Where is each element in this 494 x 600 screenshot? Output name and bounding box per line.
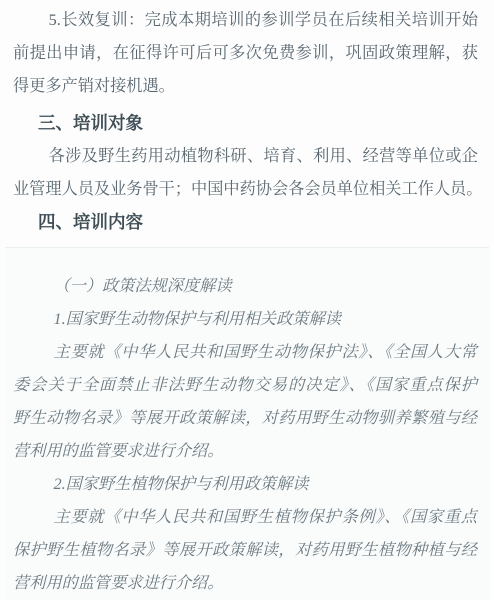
text-line: 野生动物名录》等展开政策解读，对药用野生动物驯养繁殖与经 [13,402,477,435]
card-item-2-title: 2.国家野生植物保护与利用政策解读 [13,468,477,501]
text-line: 业管理人员及业务骨干；中国中药协会各会员单位相关工作人员。 [13,173,478,206]
text-line: 前提出申请，在征得许可后可多次免费参训，巩固政策理解，获 [13,37,478,70]
text-line: 主要就《中华人民共和国野生动物保护法》、《全国人大常 [13,336,477,369]
text-line: 委会关于全面禁止非法野生动物交易的决定》、《国家重点保护 [13,369,477,402]
text-line: 保护野生植物名录》等展开政策解读，对药用野生植物种植与经 [13,534,477,567]
card-item-1-body: 主要就《中华人民共和国野生动物保护法》、《全国人大常 委会关于全面禁止非法野生动… [13,336,477,468]
training-content-card: （一）政策法规深度解读 1.国家野生动物保护与利用相关政策解读 主要就《中华人民… [5,247,489,600]
text-line: 营利用的监管要求进行介绍。 [13,567,477,600]
text-line: 主要就《中华人民共和国野生植物保护条例》、《国家重点 [13,501,477,534]
card-subheading-policy: （一）政策法规深度解读 [13,270,477,303]
text-line: 得更多产销对接机遇。 [13,70,478,103]
text-line: 营利用的监管要求进行介绍。 [13,435,477,468]
card-item-1-title: 1.国家野生动物保护与利用相关政策解读 [13,303,477,336]
paragraph-training-targets: 各涉及野生药用动植物科研、培育、利用、经营等单位或企 业管理人员及业务骨干；中国… [13,140,478,206]
heading-training-targets: 三、培训对象 [38,107,478,140]
text-line: 5.长效复训：完成本期培训的参训学员在后续相关培训开始 [13,4,478,37]
document-page: 5.长效复训：完成本期培训的参训学员在后续相关培训开始 前提出申请，在征得许可后… [0,0,494,600]
card-item-2-body: 主要就《中华人民共和国野生植物保护条例》、《国家重点 保护野生植物名录》等展开政… [13,501,477,600]
paragraph-longterm-retraining: 5.长效复训：完成本期培训的参训学员在后续相关培训开始 前提出申请，在征得许可后… [13,4,478,103]
text-line: 各涉及野生药用动植物科研、培育、利用、经营等单位或企 [13,140,478,173]
heading-training-content: 四、培训内容 [38,206,478,239]
